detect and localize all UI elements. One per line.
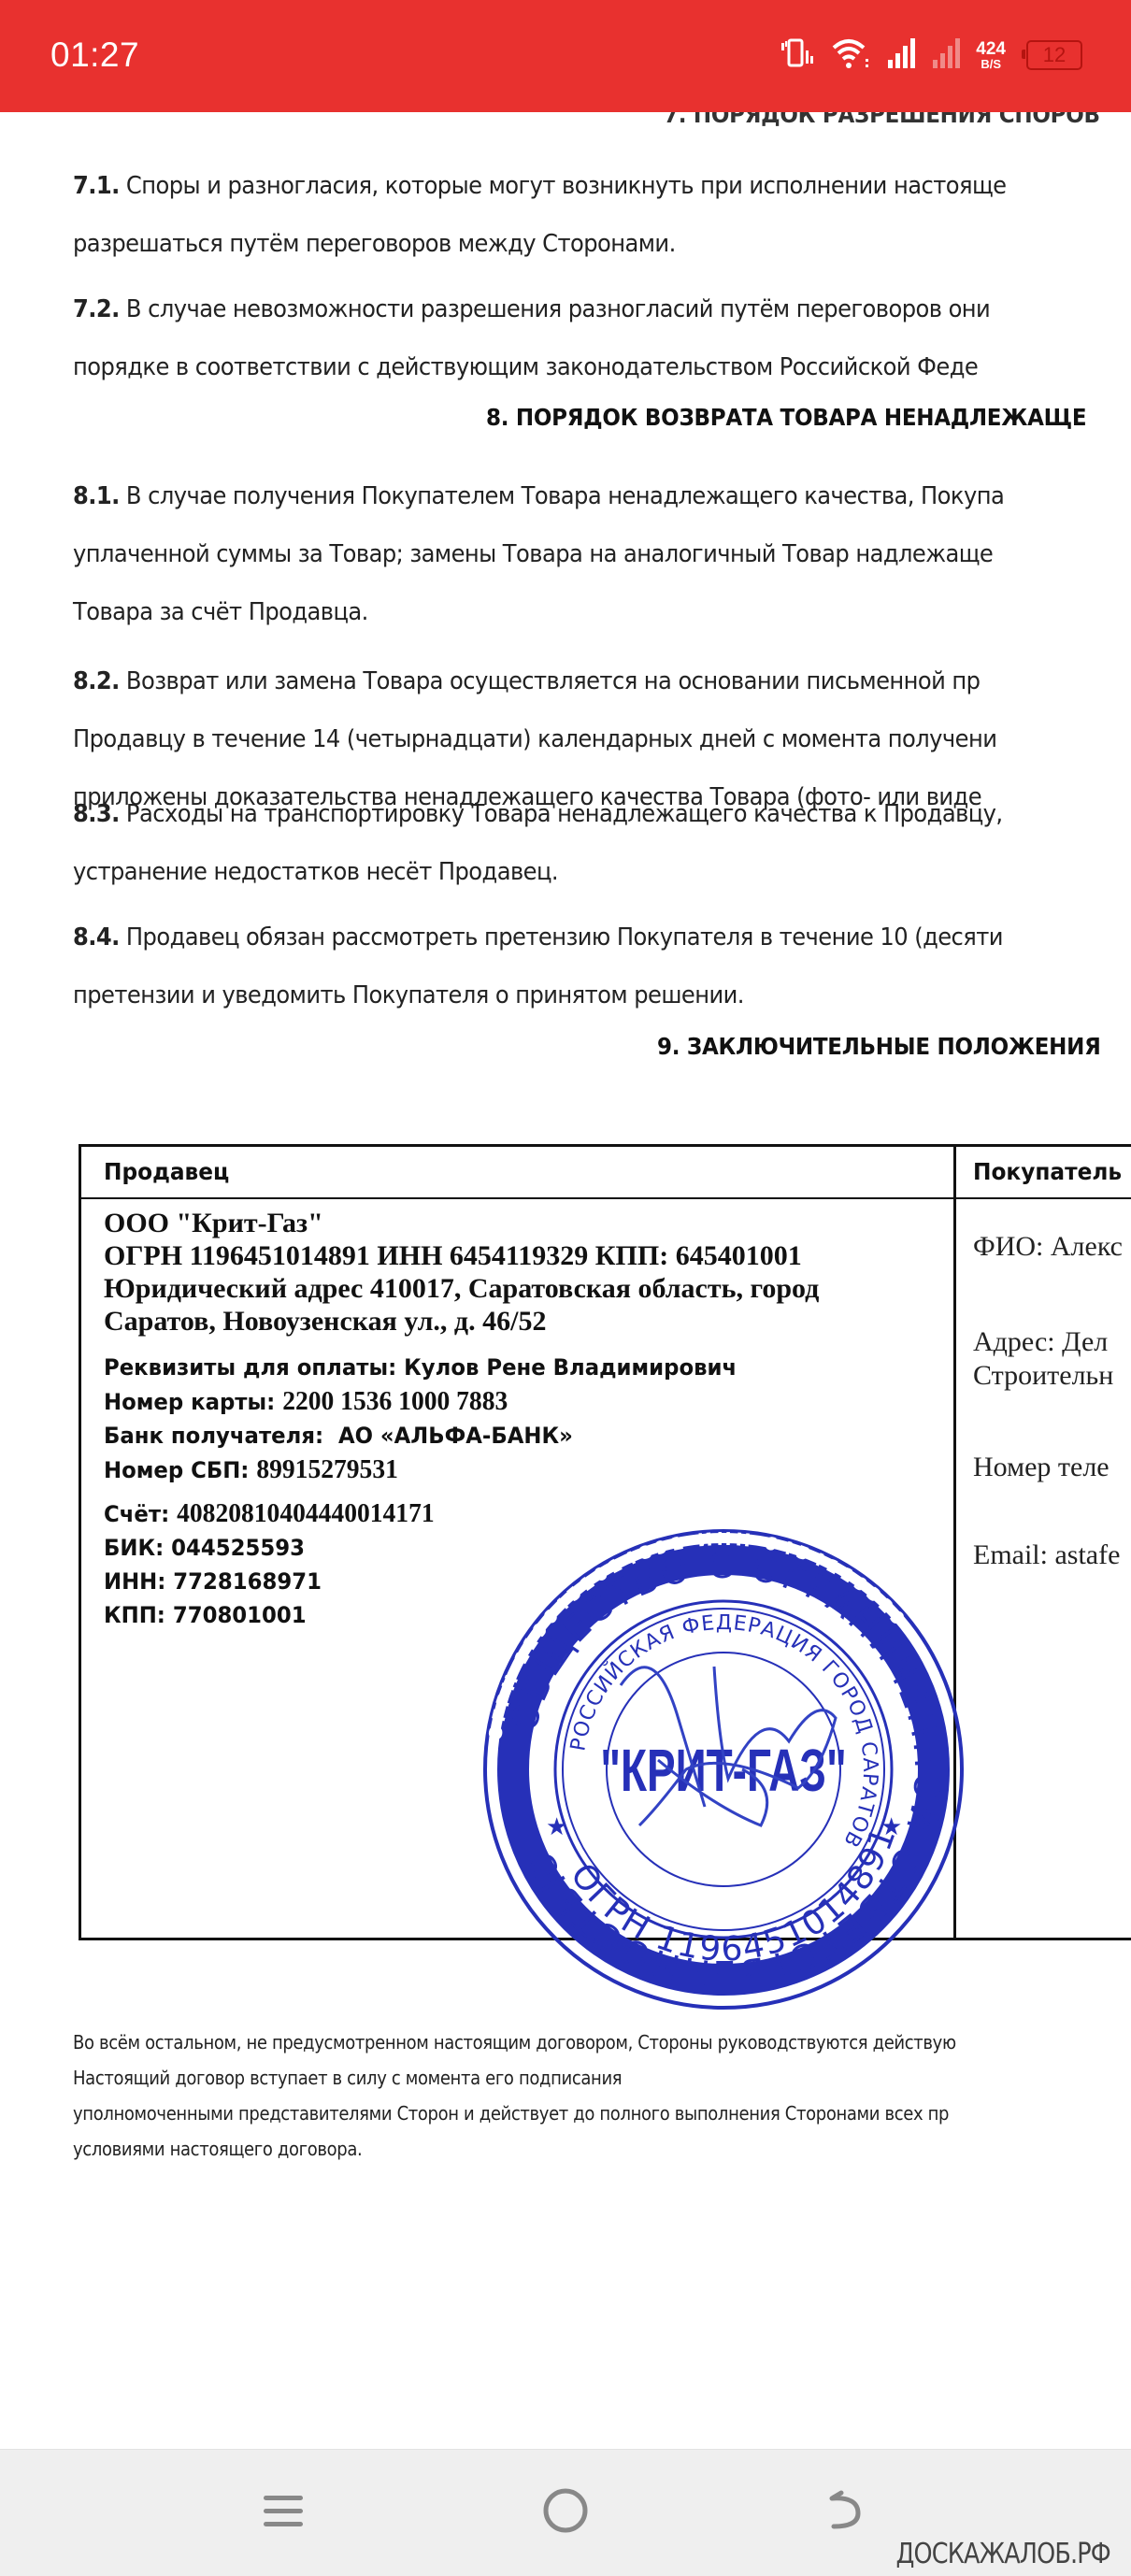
navigation-bar: ДОСКАЖАЛОБ.РФ [0,2449,1131,2576]
table-header-divider [81,1197,1131,1199]
svg-text:★: ★ [880,1812,902,1840]
buyer-email: Email: astafe [973,1539,1120,1571]
menu-icon [262,2489,305,2532]
wifi-icon [830,36,871,75]
seller-address-1: Юридический адрес 410017, Саратовская об… [104,1272,945,1305]
home-button[interactable] [533,2478,598,2543]
paragraph-7-2: 7.2. В случае невозможности разрешения р… [73,280,990,396]
status-bar: 01:27 424 B/S 12 [0,0,1131,112]
paragraph-8-1: 8.1. В случае получения Покупателем Това… [73,467,1004,641]
clock: 01:27 [50,36,139,75]
watermark: ДОСКАЖАЛОБ.РФ [896,2538,1110,2570]
home-icon [542,2487,589,2534]
buyer-fio: ФИО: Алекс [973,1231,1123,1263]
vibrate-icon [778,37,815,74]
signal-sim1-icon [886,37,916,74]
section-7-title: 7. ПОРЯДОК РАЗРЕШЕНИЯ СПОРОВ [664,112,1100,128]
company-stamp: ОГРН 1196451014891 ИНН 6454119329 ОБЩЕСТ… [480,1526,966,2012]
closing-provisions: Во всём остальном, не предусмотренном на… [73,2025,956,2167]
stamp-center-text: "КРИТ-ГАЗ" [600,1736,847,1804]
seller-company: ООО "Крит-Газ" [104,1207,945,1239]
sbp-number: Номер СБП: 89915279531 [104,1453,903,1487]
signal-sim2-icon [931,37,961,74]
recipient-bank: Банк получателя: АО «АЛЬФА-БАНК» [104,1419,903,1453]
menu-button[interactable] [251,2478,316,2543]
back-button[interactable] [813,2478,879,2543]
seller-address-2: Саратов, Новоузенская ул., д. 46/52 [104,1305,945,1338]
paragraph-8-4: 8.4. Продавец обязан рассмотреть претенз… [73,909,1003,1024]
card-number: Номер карты: 2200 1536 1000 7883 [104,1384,903,1419]
buyer-header: Покупатель [973,1158,1122,1185]
paragraph-8-3: 8.3. Расходы на транспортировку Товара н… [73,785,1003,901]
seller-ogrn: ОГРН 1196451014891 ИНН 6454119329 КПП: 6… [104,1239,945,1272]
battery-icon: 12 [1026,40,1082,70]
seller-header: Продавец [104,1158,229,1185]
buyer-address-1: Адрес: Дел [973,1326,1108,1358]
back-icon [823,2487,869,2534]
payment-details-label: Реквизиты для оплаты: Кулов Рене Владими… [104,1351,903,1384]
buyer-address-2: Строительн [973,1360,1113,1392]
section-8-title: 8. ПОРЯДОК ВОЗВРАТА ТОВАРА НЕНАДЛЕЖАЩЕ [486,404,1086,431]
network-speed: 424 B/S [976,40,1006,70]
status-icons: 424 B/S 12 [778,32,1082,79]
svg-text:★: ★ [546,1812,567,1840]
buyer-phone: Номер теле [973,1452,1110,1483]
battery-level: 12 [1043,43,1066,67]
paragraph-7-1: 7.1. Споры и разногласия, которые могут … [73,157,1006,273]
document-viewer[interactable]: 7. ПОРЯДОК РАЗРЕШЕНИЯ СПОРОВ 7.1. Споры … [0,112,1131,2449]
section-9-title: 9. ЗАКЛЮЧИТЕЛЬНЫЕ ПОЛОЖЕНИЯ [657,1033,1101,1060]
